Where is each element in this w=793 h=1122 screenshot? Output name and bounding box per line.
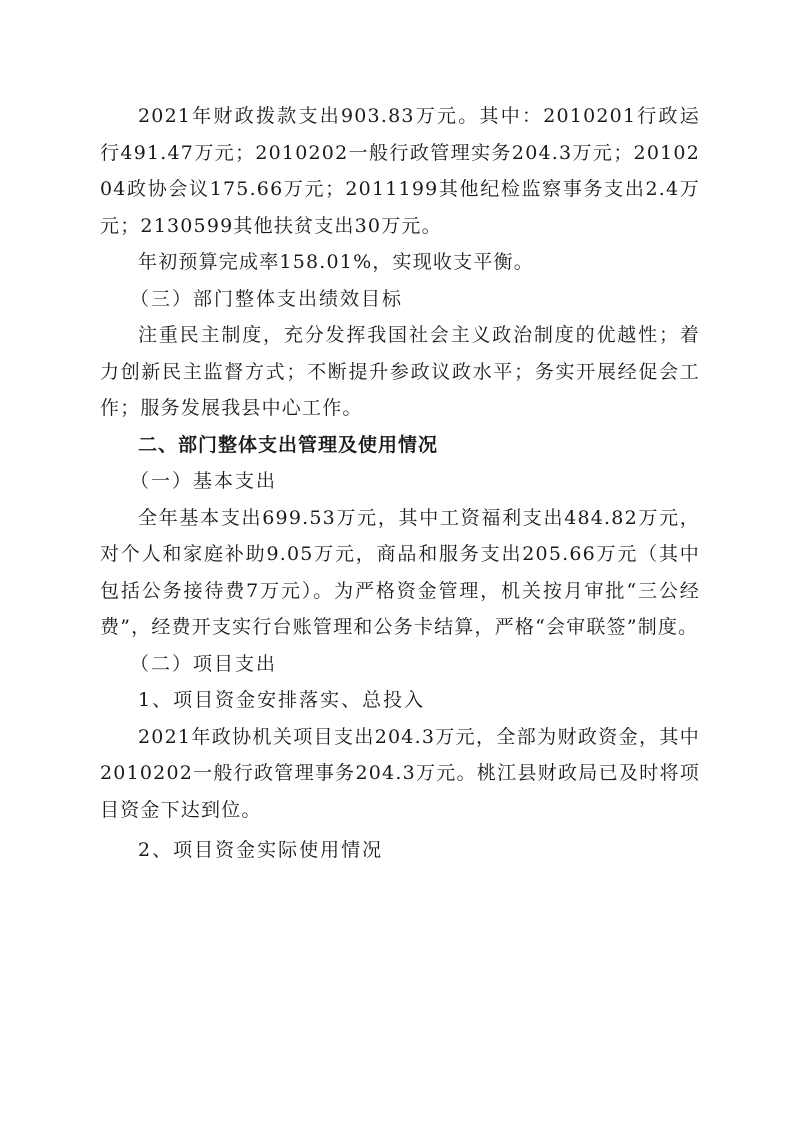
subheading-basic-expenditure: （一）基本支出 xyxy=(100,463,700,500)
item-heading-project-funding-usage: 2、项目资金实际使用情况 xyxy=(100,832,700,869)
item-heading-project-funding-arrangement: 1、项目资金安排落实、总投入 xyxy=(100,682,700,719)
paragraph-fiscal-appropriation-expenditure: 2021年财政拨款支出903.83万元。其中：2010201行政运行491.47… xyxy=(100,98,700,244)
paragraph-budget-completion-rate: 年初预算完成率158.01%，实现收支平衡。 xyxy=(100,244,700,281)
document-page: 2021年财政拨款支出903.83万元。其中：2010201行政运行491.47… xyxy=(0,0,793,1122)
paragraph-performance-goals: 注重民主制度，充分发挥我国社会主义政治制度的优越性；着力创新民主监督方式；不断提… xyxy=(100,317,700,427)
subheading-project-expenditure: （二）项目支出 xyxy=(100,646,700,683)
paragraph-project-funding: 2021年政协机关项目支出204.3万元，全部为财政资金，其中2010202一般… xyxy=(100,719,700,829)
section-heading-expenditure-management: 二、部门整体支出管理及使用情况 xyxy=(100,427,700,464)
document-body: 2021年财政拨款支出903.83万元。其中：2010201行政运行491.47… xyxy=(100,98,700,869)
paragraph-basic-expenditure: 全年基本支出699.53万元，其中工资福利支出484.82万元，对个人和家庭补助… xyxy=(100,500,700,646)
subheading-performance-goals: （三）部门整体支出绩效目标 xyxy=(100,281,700,318)
